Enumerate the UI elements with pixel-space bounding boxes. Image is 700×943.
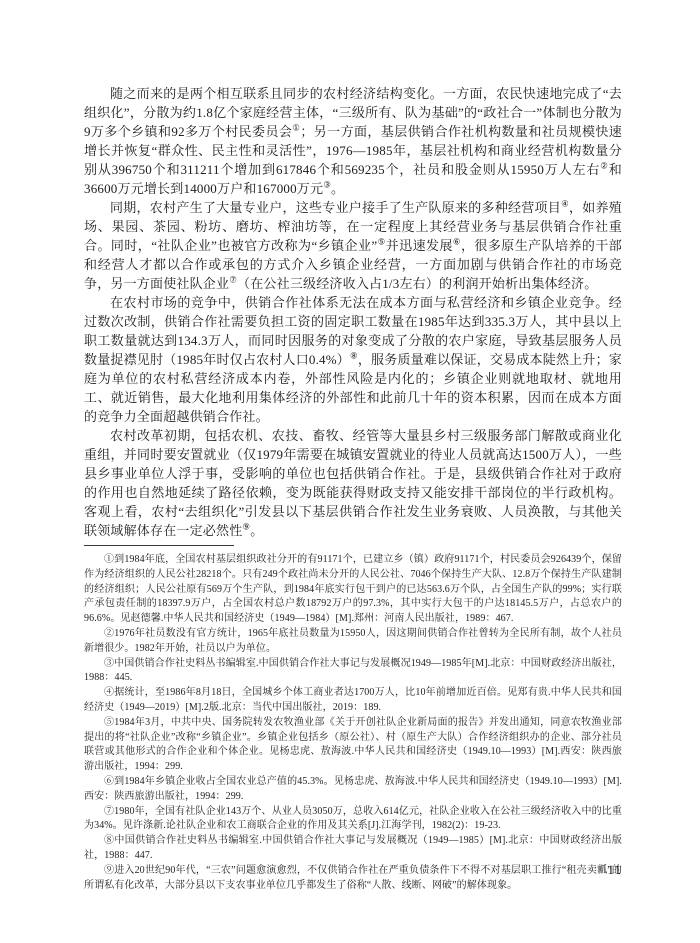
footnote-separator <box>84 545 234 546</box>
footnote-item: ①到1984年底，全国农村基层组织政社分开的有91171个，已建立乡（镇）政府9… <box>84 553 622 627</box>
page-number: 11 <box>607 862 622 878</box>
body-paragraph: 随之而来的是两个相互联系且同步的农村经济结构变化。一方面，农民快速地完成了“去组… <box>84 84 622 198</box>
body-paragraph: 农村改革初期，包括农机、农技、畜牧、经管等大量县乡村三级服务部门解散或商业化重组… <box>84 426 622 540</box>
text-block: 随之而来的是两个相互联系且同步的农村经济结构变化。一方面，农民快速地完成了“去组… <box>84 84 622 893</box>
footnote-item: ⑥到1984年乡镇企业收占全国农业总产值的45.3%。见杨忠虎、敖海波.中华人民… <box>84 775 622 805</box>
body-paragraph: 同期，农村产生了大量专业户，这些专业户接手了生产队原来的多种经营项目④，如养殖场… <box>84 198 622 293</box>
footnote-item: ④据统计，至1986年8月18日，全国城乡个体工商业者达1700万人，比10年前… <box>84 686 622 716</box>
document-page: 随之而来的是两个相互联系且同步的农村经济结构变化。一方面，农民快速地完成了“去组… <box>0 0 700 943</box>
footnote-item: ②1976年社员数没有官方统计，1965年底社员数量为15950人，因这期间供销… <box>84 627 622 657</box>
footnote-item: ⑨进入20世纪90年代，“三农”问题愈演愈烈，不仅供销合作社在严重负债条件下不得… <box>84 864 622 894</box>
footnote-item: ③中国供销合作社史料丛书编辑室.中国供销合作社大事记与发展概况1949—1985… <box>84 657 622 687</box>
footnote-item: ⑧中国供销合作社史料丛书编辑室.中国供销合作社大事记与发展概况（1949—198… <box>84 834 622 864</box>
footnote-item: ⑤1984年3月，中共中央、国务院转发农牧渔业部《关于开创社队企业新局面的报告》… <box>84 716 622 775</box>
footnote-item: ⑦1980年，全国有社队企业143万个、从业人员3050万，总收入614亿元，社… <box>84 805 622 835</box>
body-paragraph: 在农村市场的竞争中，供销合作社体系无法在成本方面与私营经济和乡镇企业竞争。经过数… <box>84 293 622 426</box>
